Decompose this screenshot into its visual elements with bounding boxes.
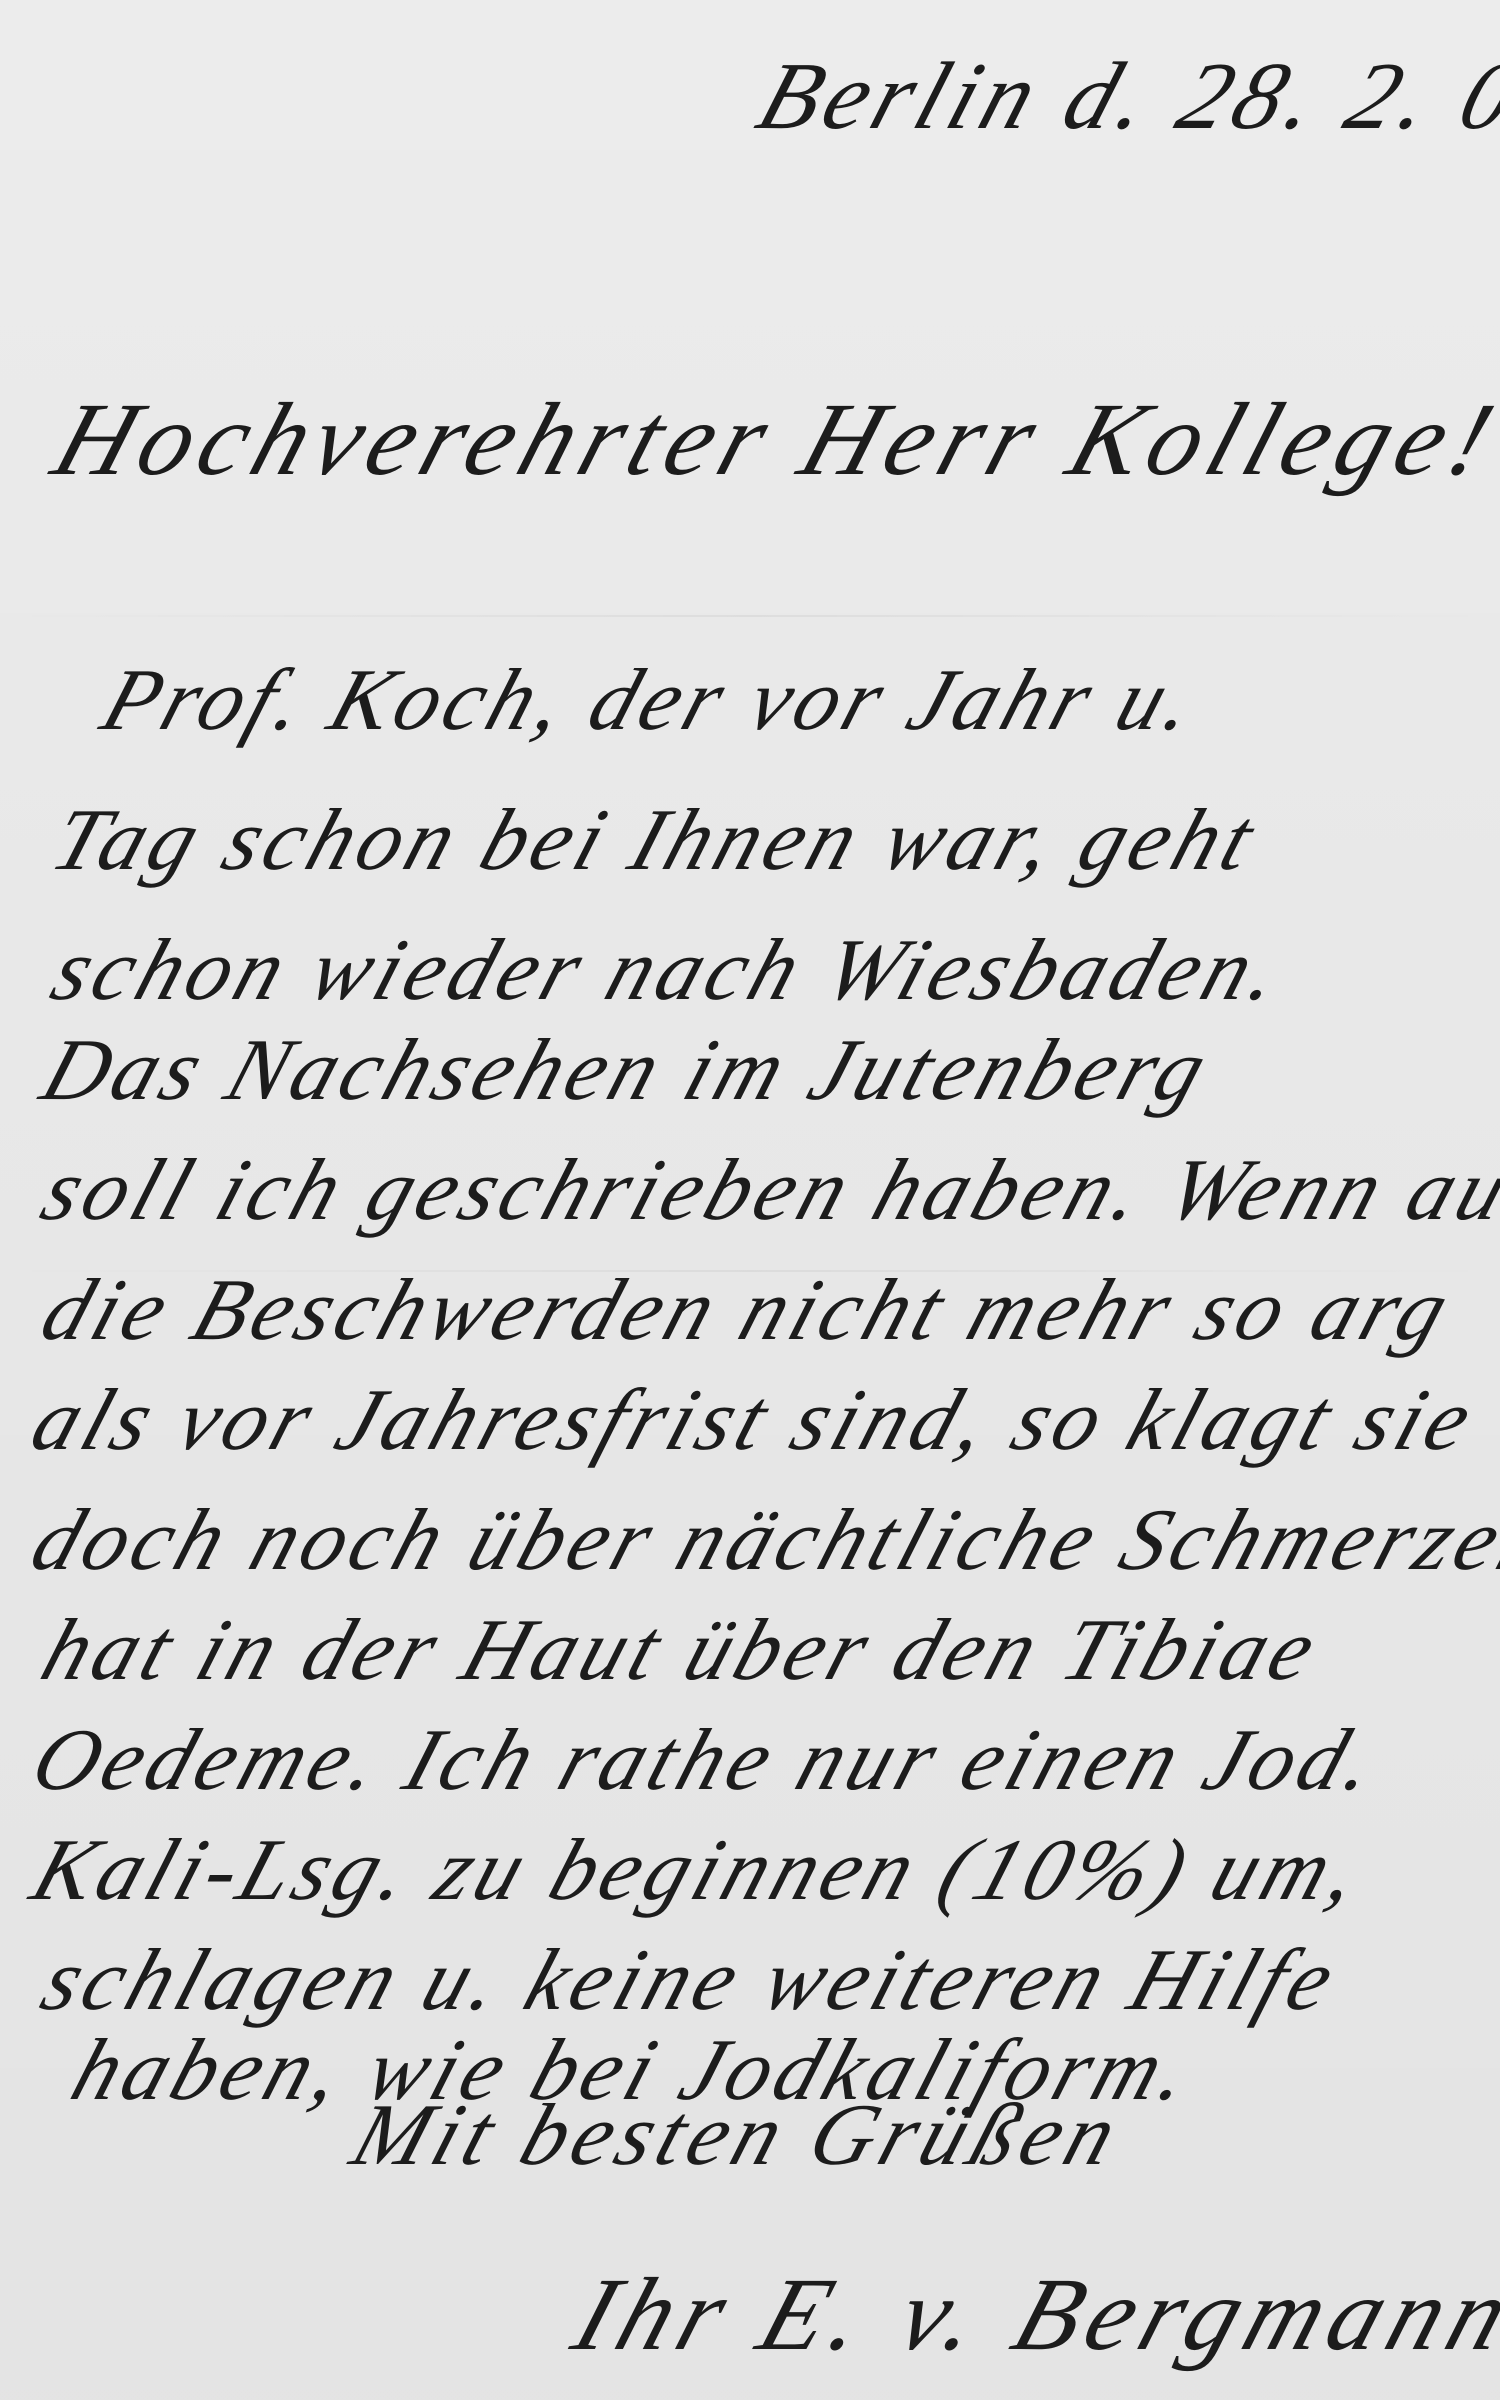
letter-body-line: Prof. Koch, der vor Jahr u.	[90, 650, 1213, 751]
letter-date: Berlin d. 28. 2. 06	[745, 40, 1500, 151]
paper-fold-line	[0, 615, 1500, 617]
letter-body-line: als vor Jahresfrist sind, so klagt sie	[20, 1370, 1489, 1471]
letter-signature: Ihr E. v. Bergmann	[560, 2255, 1500, 2374]
letter-body-line: schlagen u. keine weiteren Hilfe	[30, 1930, 1351, 2031]
letter-body-line: doch noch über nächtliche Schmerzen u.	[20, 1490, 1500, 1591]
letter-body-line: Das Nachsehen im Jutenberg	[30, 1020, 1223, 1121]
letter-body-line: Kali-Lsg. zu beginnen (10%) um,	[20, 1820, 1376, 1921]
letter-salutation: Hochverehrter Herr Kollege!	[40, 380, 1500, 499]
letter-body-line: die Beschwerden nicht mehr so arg	[30, 1260, 1465, 1361]
letter-closing: Mit besten Grüßen	[340, 2085, 1135, 2186]
letter-body-line: Oedeme. Ich rathe nur einen Jod.	[20, 1710, 1393, 1811]
letter-body-line: schon wieder nach Wiesbaden.	[40, 920, 1298, 1021]
letter-body-line: hat in der Haut über den Tibiae	[30, 1600, 1332, 1701]
letter-body-line: Tag schon bei Ihnen war, geht	[40, 790, 1271, 891]
letter-body-line: soll ich geschrieben haben. Wenn auch	[30, 1140, 1500, 1241]
